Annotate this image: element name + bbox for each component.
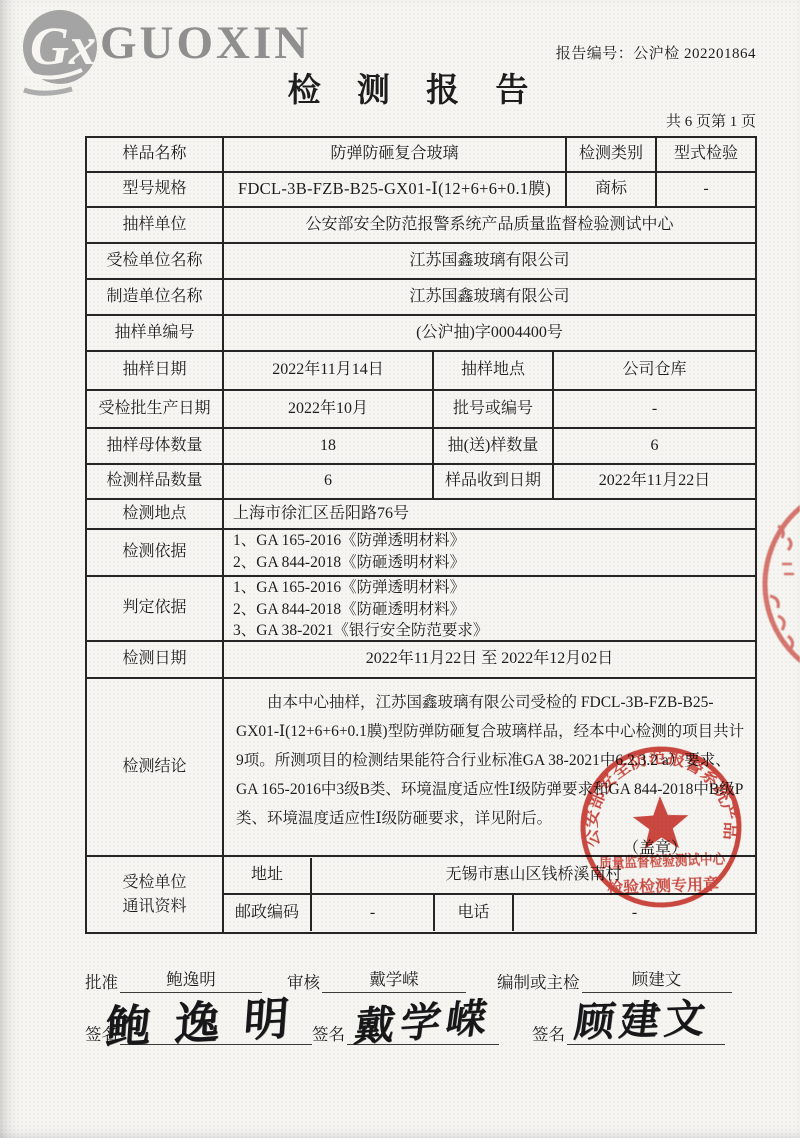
approve-label: 批准	[85, 969, 118, 993]
signature-line: 鲍逸明	[120, 1004, 312, 1045]
field-label-conclusion: 检测结论	[87, 679, 224, 855]
value-sampling-date: 2022年11月14日	[224, 352, 434, 389]
prepare-label: 编制或主检	[497, 969, 580, 993]
value-test-date: 2022年11月22日 至 2022年12月02日	[224, 642, 755, 677]
field-label-inspected-unit: 受检单位名称	[87, 244, 224, 278]
field-label-sampling-date: 抽样日期	[87, 352, 224, 389]
table-row: 型号规格 FDCL-3B-FZB-B25-GX01-Ⅰ(12+6+6+0.1膜)…	[87, 173, 755, 208]
value-postcode: -	[312, 895, 435, 931]
value-sampling-sheet-no: (公沪抽)字0004400号	[224, 316, 755, 350]
value-test-category: 型式检验	[657, 138, 755, 171]
report-number: 报告编号：公沪检 202201864	[556, 42, 756, 63]
field-label-test-place: 检测地点	[87, 500, 224, 528]
test-basis-line: 2、GA 844-2018《防砸透明材料》	[233, 552, 465, 574]
field-label-sample-name: 样品名称	[87, 138, 224, 171]
field-label-test-sample-qty: 检测样品数量	[87, 465, 224, 498]
signature-line: 顾建文	[567, 1004, 725, 1045]
page-count: 共 6 页第 1 页	[666, 110, 756, 131]
signature-group-preparer: 签名 顾建文	[532, 1004, 725, 1045]
table-row: 制造单位名称 江苏国鑫玻璃有限公司	[87, 280, 755, 316]
value-sample-name: 防弹防砸复合玻璃	[224, 138, 567, 171]
field-label-sampling-place: 抽样地点	[434, 352, 554, 389]
conclusion-paragraph: 由本中心抽样，江苏国鑫玻璃有限公司受检的 FDCL-3B-FZB-B25-GX0…	[236, 688, 745, 833]
field-label-judgment-basis: 判定依据	[87, 577, 224, 640]
value-manufacturer: 江苏国鑫玻璃有限公司	[224, 280, 755, 314]
test-basis-line: 1、GA 165-2016《防弹透明材料》	[233, 530, 465, 552]
handwritten-signature: 顾建文	[572, 987, 714, 1049]
field-label-postcode: 邮政编码	[224, 895, 312, 931]
field-label-contact-info: 受检单位 通讯资料	[87, 857, 224, 932]
table-row: 检测依据 1、GA 165-2016《防弹透明材料》 2、GA 844-2018…	[87, 530, 755, 577]
value-batch-date: 2022年10月	[224, 391, 434, 427]
contact-label-line: 通讯资料	[122, 895, 186, 919]
field-label-sampling-unit: 抽样单位	[87, 208, 224, 242]
table-row: 判定依据 1、GA 165-2016《防弹透明材料》 2、GA 844-2018…	[87, 577, 755, 642]
table-row: 检测样品数量 6 样品收到日期 2022年11月22日	[87, 465, 755, 500]
contact-address-row: 地址 无锡市惠山区钱桥溪南村	[224, 858, 755, 895]
field-label-address: 地址	[224, 858, 312, 893]
field-label-manufacturer: 制造单位名称	[87, 280, 224, 314]
signature-group-reviewer: 签名 戴学嵘	[312, 1004, 499, 1045]
value-sampling-unit: 公安部安全防范报警系统产品质量监督检验测试中心	[224, 208, 755, 242]
contact-cells: 地址 无锡市惠山区钱桥溪南村 邮政编码 - 电话 -	[224, 857, 755, 932]
handwritten-signature: 鲍逸明	[104, 980, 315, 1056]
value-phone: -	[514, 895, 755, 931]
sign-label: 签名	[312, 1021, 345, 1045]
field-label-population-qty: 抽样母体数量	[87, 429, 224, 463]
field-label-batch-date: 受检批生产日期	[87, 391, 224, 427]
contact-postal-row: 邮政编码 - 电话 -	[224, 895, 755, 931]
table-row: 检测地点 上海市徐汇区岳阳路76号	[87, 500, 755, 530]
table-row: 受检单位 通讯资料 地址 无锡市惠山区钱桥溪南村 邮政编码 - 电话 -	[87, 857, 755, 932]
value-received-date: 2022年11月22日	[554, 465, 755, 498]
value-sample-qty: 6	[554, 429, 755, 463]
judgment-basis-line: 2、GA 844-2018《防砸透明材料》	[233, 599, 465, 621]
table-row: 抽样单位 公安部安全防范报警系统产品质量监督检验测试中心	[87, 208, 755, 244]
field-label-trademark: 商标	[567, 173, 657, 206]
field-label-test-basis: 检测依据	[87, 530, 224, 575]
judgment-basis-line: 3、GA 38-2021《银行安全防范要求》	[233, 620, 488, 640]
value-inspected-unit: 江苏国鑫玻璃有限公司	[224, 244, 755, 278]
logo-wordmark: GUOXIN	[100, 16, 311, 70]
value-sampling-place: 公司仓库	[554, 352, 755, 389]
field-label-sample-qty: 抽(送)样数量	[434, 429, 554, 463]
value-batch-no: -	[554, 391, 755, 427]
value-test-place: 上海市徐汇区岳阳路76号	[224, 500, 755, 528]
table-row: 抽样母体数量 18 抽(送)样数量 6	[87, 429, 755, 465]
value-population-qty: 18	[224, 429, 434, 463]
table-row: 抽样日期 2022年11月14日 抽样地点 公司仓库	[87, 352, 755, 391]
report-page: Gx GUOXIN 报告编号：公沪检 202201864 检 测 报 告 共 6…	[0, 0, 800, 1138]
field-label-test-date: 检测日期	[87, 642, 224, 677]
value-address: 无锡市惠山区钱桥溪南村	[312, 858, 755, 893]
table-row: 样品名称 防弹防砸复合玻璃 检测类别 型式检验	[87, 138, 755, 173]
field-label-sampling-sheet-no: 抽样单编号	[87, 316, 224, 350]
page-title: 检 测 报 告	[0, 64, 800, 111]
value-conclusion: 由本中心抽样，江苏国鑫玻璃有限公司受检的 FDCL-3B-FZB-B25-GX0…	[224, 679, 755, 855]
field-label-received-date: 样品收到日期	[434, 465, 554, 498]
value-model-spec: FDCL-3B-FZB-B25-GX01-Ⅰ(12+6+6+0.1膜)	[224, 173, 567, 206]
table-row: 检测结论 由本中心抽样，江苏国鑫玻璃有限公司受检的 FDCL-3B-FZB-B2…	[87, 679, 755, 857]
table-row: 检测日期 2022年11月22日 至 2022年12月02日	[87, 642, 755, 679]
value-test-sample-qty: 6	[224, 465, 434, 498]
sign-label: 签名	[532, 1021, 565, 1045]
signature-row: 签名 鲍逸明 签名 戴学嵘 签名 顾建文	[0, 1004, 800, 1064]
value-test-basis: 1、GA 165-2016《防弹透明材料》 2、GA 844-2018《防砸透明…	[224, 530, 755, 575]
seal-hint: （盖章）	[236, 834, 745, 855]
signature-line: 戴学嵘	[347, 1004, 499, 1045]
signature-group-approver: 签名 鲍逸明	[85, 1004, 312, 1045]
field-label-batch-no: 批号或编号	[434, 391, 554, 427]
handwritten-signature: 戴学嵘	[351, 986, 497, 1053]
table-row: 抽样单编号 (公沪抽)字0004400号	[87, 316, 755, 352]
value-trademark: -	[657, 173, 755, 206]
report-table: 样品名称 防弹防砸复合玻璃 检测类别 型式检验 型号规格 FDCL-3B-FZB…	[85, 136, 757, 934]
field-label-phone: 电话	[435, 895, 514, 931]
judgment-basis-line: 1、GA 165-2016《防弹透明材料》	[233, 577, 465, 599]
contact-label-line: 受检单位	[122, 871, 186, 895]
table-row: 受检单位名称 江苏国鑫玻璃有限公司	[87, 244, 755, 280]
table-row: 受检批生产日期 2022年10月 批号或编号 -	[87, 391, 755, 429]
value-judgment-basis: 1、GA 165-2016《防弹透明材料》 2、GA 844-2018《防砸透明…	[224, 577, 755, 640]
field-label-test-category: 检测类别	[567, 138, 657, 171]
field-label-model-spec: 型号规格	[87, 173, 224, 206]
